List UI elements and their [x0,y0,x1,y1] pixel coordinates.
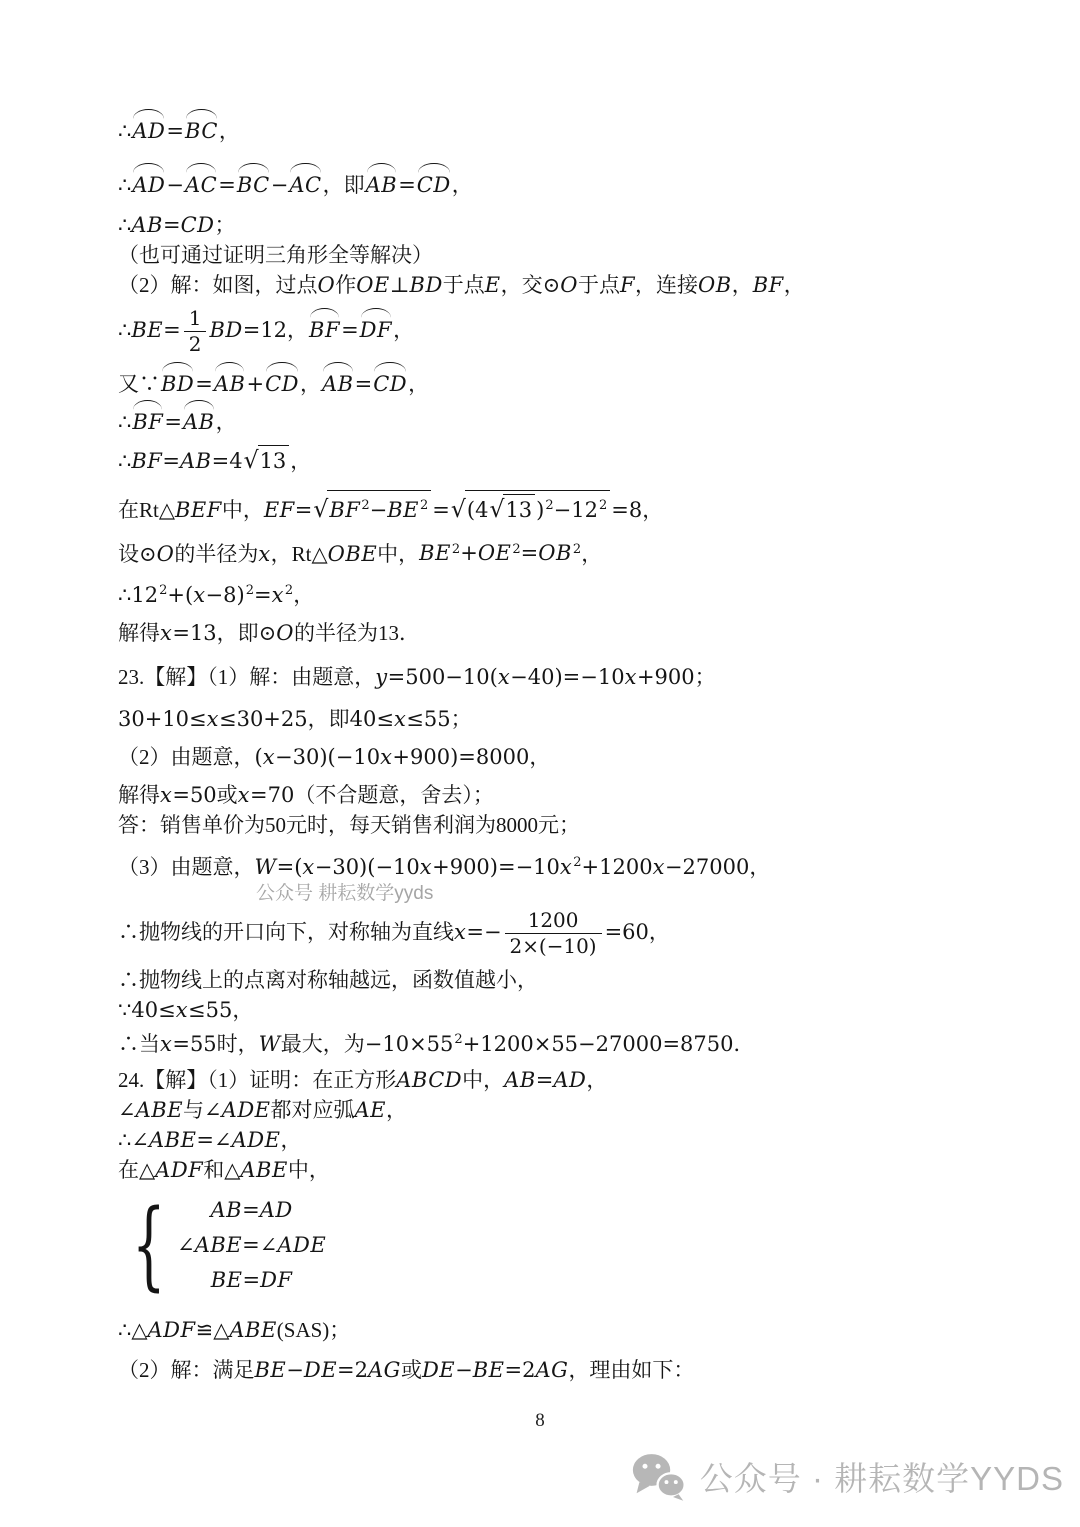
equation-system: { AB=AD ∠ABE=∠ADE BE=DF [132,1195,1000,1295]
solution-line: 设⊙O的半径为x，Rt△OBE中，BE2+OE2=OB2， [118,535,1000,569]
system-equation: ∠ABE=∠ADE [177,1232,326,1258]
solution-line: （2）解：满足BE−DE=2AG或DE−BE=2AG，理由如下： [118,1355,1000,1385]
wechat-icon [631,1452,687,1501]
footer-watermark: 公众号 · 耕耘数学YYDS [631,1452,1064,1501]
solution-line: 又∵BD=AB+CD，AB=CD， [118,369,1000,399]
document-page: ∴AD=BC， ∴AD−AC=BC−AC，即AB=CD， ∴AB=CD； （也可… [0,0,1080,1385]
solution-line: （2）由题意，(x−30)(−10x+900)=8000， [118,742,1000,772]
system-brace: { [132,1197,166,1293]
solution-line: ∴BE=12BD=12，BF=DF， [118,306,1000,357]
solution-line: 24.【解】（1）证明：在正方形ABCD中，AB=AD， [118,1065,1000,1095]
solution-line: ∵40≤x≤55， [118,995,1000,1025]
solution-line: 在Rt△BEF中，EF=√BF2−BE2=√(4√13)2−122=8， [118,490,1000,525]
solution-line: ∴AB=CD； [118,210,1000,240]
solution-line: ∴∠ABE=∠ADE， [118,1125,1000,1155]
solution-line: ∴抛物线上的点离对称轴越远，函数值越小， [118,965,1000,995]
system-equation: BE=DF [211,1267,293,1293]
solution-line: ∴BF=AB=4√13， [118,445,1000,476]
solution-line: （2）解：如图，过点O作OE⊥BD于点E，交⊙O于点F，连接OB，BF， [118,270,1000,300]
solution-line: ∴当x=55时，W最大，为−10×552+1200×55−27000=8750． [118,1025,1000,1059]
solution-line: 答：销售单价为50元时，每天销售利润为8000元； [118,810,1000,840]
page-number: 8 [0,1410,1080,1432]
solution-line: 解得x=13，即⊙O的半径为13． [118,618,1000,648]
solution-line: ∠ABE与∠ADE都对应弧AE， [118,1095,1000,1125]
solution-line: 在△ADF和△ABE中， [118,1155,1000,1185]
system-equation: AB=AD [211,1197,293,1223]
solution-line: ∴△ADF≌△ABE(SAS)； [118,1315,1000,1345]
solution-line: ∴抛物线的开口向下，对称轴为直线x=−12002×(−10)=60， [118,908,1000,959]
solution-line: （3）由题意，W=(x−30)(−10x+900)=−10x2+1200x−27… [118,848,1000,882]
system-rows: AB=AD ∠ABE=∠ADE BE=DF [177,1195,326,1295]
inline-watermark: 公众号 耕耘数学yyds [256,882,1000,906]
solution-line: ∴122+(x−8)2=x2， [118,576,1000,610]
footer-watermark-label: 公众号 · 耕耘数学YYDS [700,1453,1064,1500]
solution-line: 23.【解】（1）解：由题意，y=500−10(x−40)=−10x+900； [118,662,1000,692]
solution-line: ∴BF=AB， [118,407,1000,437]
solution-line: ∴AD−AC=BC−AC，即AB=CD， [118,170,1000,200]
solution-line: 解得x=50或x=70（不合题意，舍去）； [118,780,1000,810]
solution-line: （也可通过证明三角形全等解决） [118,240,1000,270]
solution-line: ∴AD=BC， [118,116,1000,146]
solution-line: 30+10≤x≤30+25，即40≤x≤55； [118,704,1000,734]
